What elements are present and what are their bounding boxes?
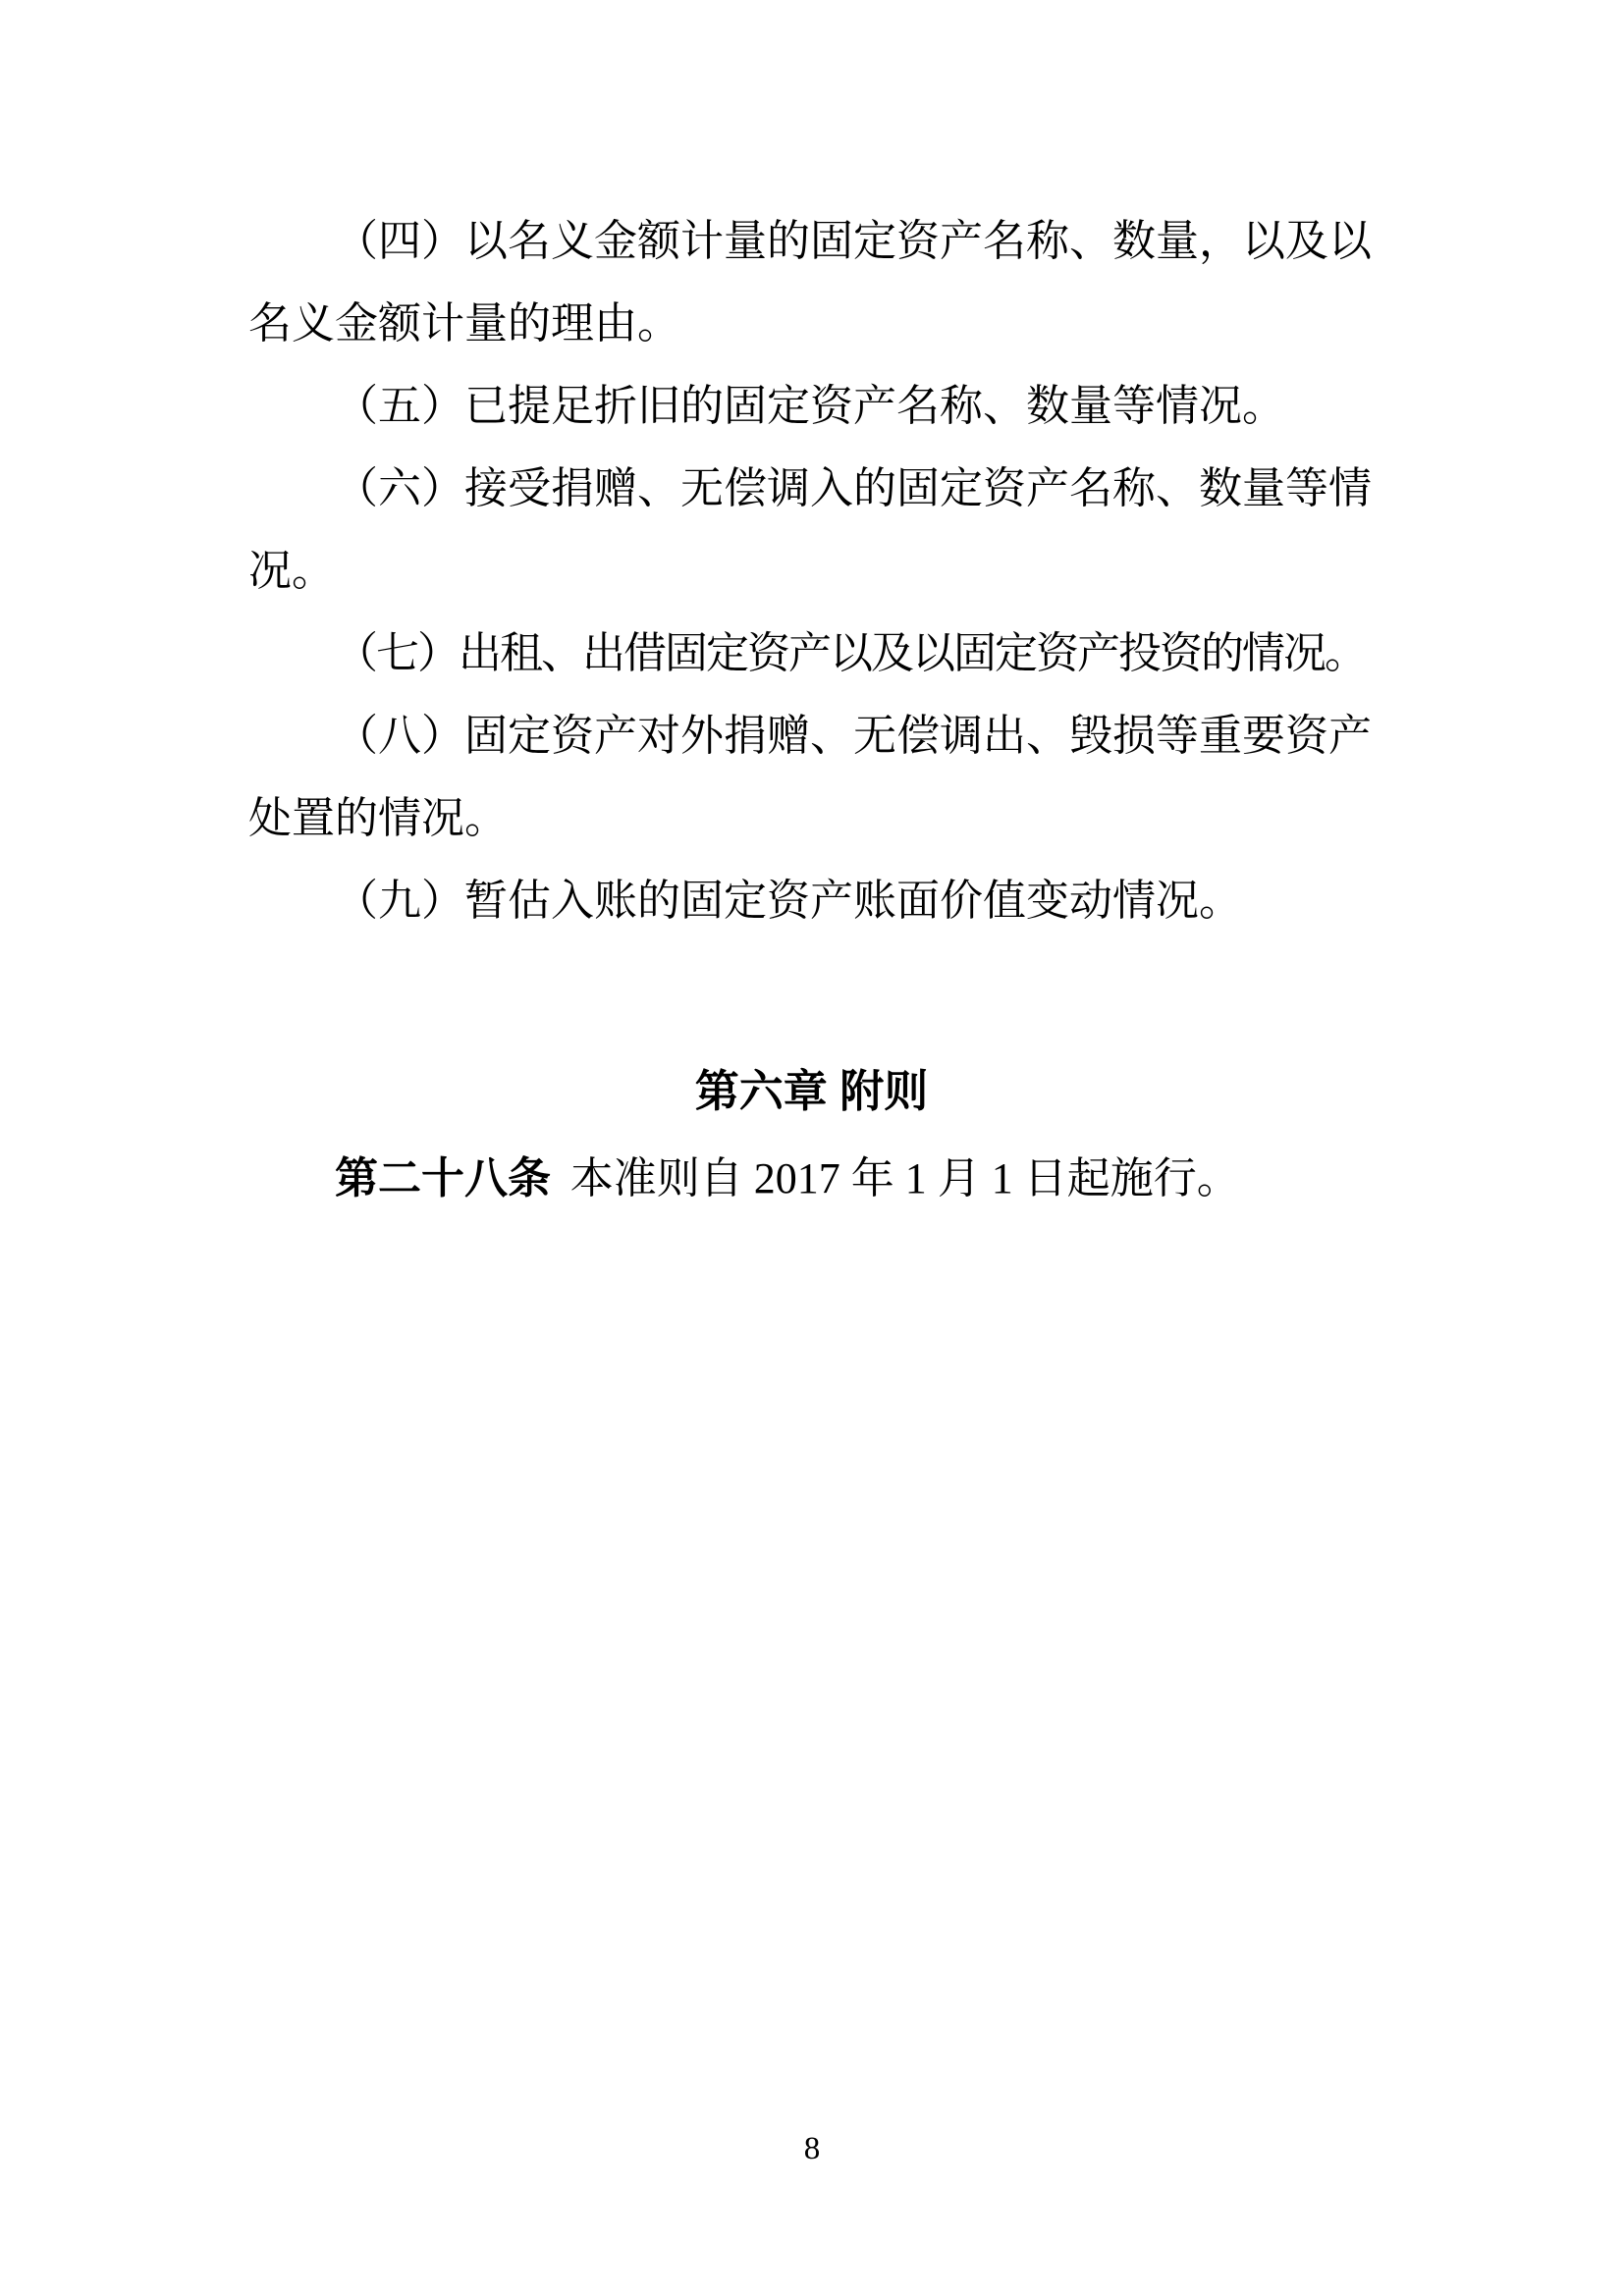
page-number: 8 — [0, 2129, 1624, 2168]
article-text: 本准则自 2017 年 1 月 1 日起施行。 — [570, 1154, 1240, 1202]
body-line: 处置的情况。 — [248, 777, 1375, 860]
document-page: （四）以名义金额计量的固定资产名称、数量，以及以 名义金额计量的理由。 （五）已… — [0, 0, 1624, 2296]
article-number: 第二十八条 — [335, 1154, 551, 1202]
body-line: 名义金额计量的理由。 — [248, 283, 1375, 365]
body-text: （四）以名义金额计量的固定资产名称、数量，以及以 名义金额计量的理由。 （五）已… — [248, 200, 1375, 942]
body-line: （四）以名义金额计量的固定资产名称、数量，以及以 — [248, 200, 1375, 283]
body-line: （九）暂估入账的固定资产账面价值变动情况。 — [248, 860, 1375, 942]
body-line: （六）接受捐赠、无偿调入的固定资产名称、数量等情 — [248, 448, 1375, 530]
body-line: （五）已提足折旧的固定资产名称、数量等情况。 — [248, 365, 1375, 448]
body-line: （七）出租、出借固定资产以及以固定资产投资的情况。 — [248, 613, 1375, 695]
chapter-heading: 第六章 附则 — [248, 1050, 1375, 1133]
article-line: 第二十八条本准则自 2017 年 1 月 1 日起施行。 — [248, 1138, 1375, 1220]
body-line: 况。 — [248, 530, 1375, 613]
body-line: （八）固定资产对外捐赠、无偿调出、毁损等重要资产 — [248, 695, 1375, 777]
